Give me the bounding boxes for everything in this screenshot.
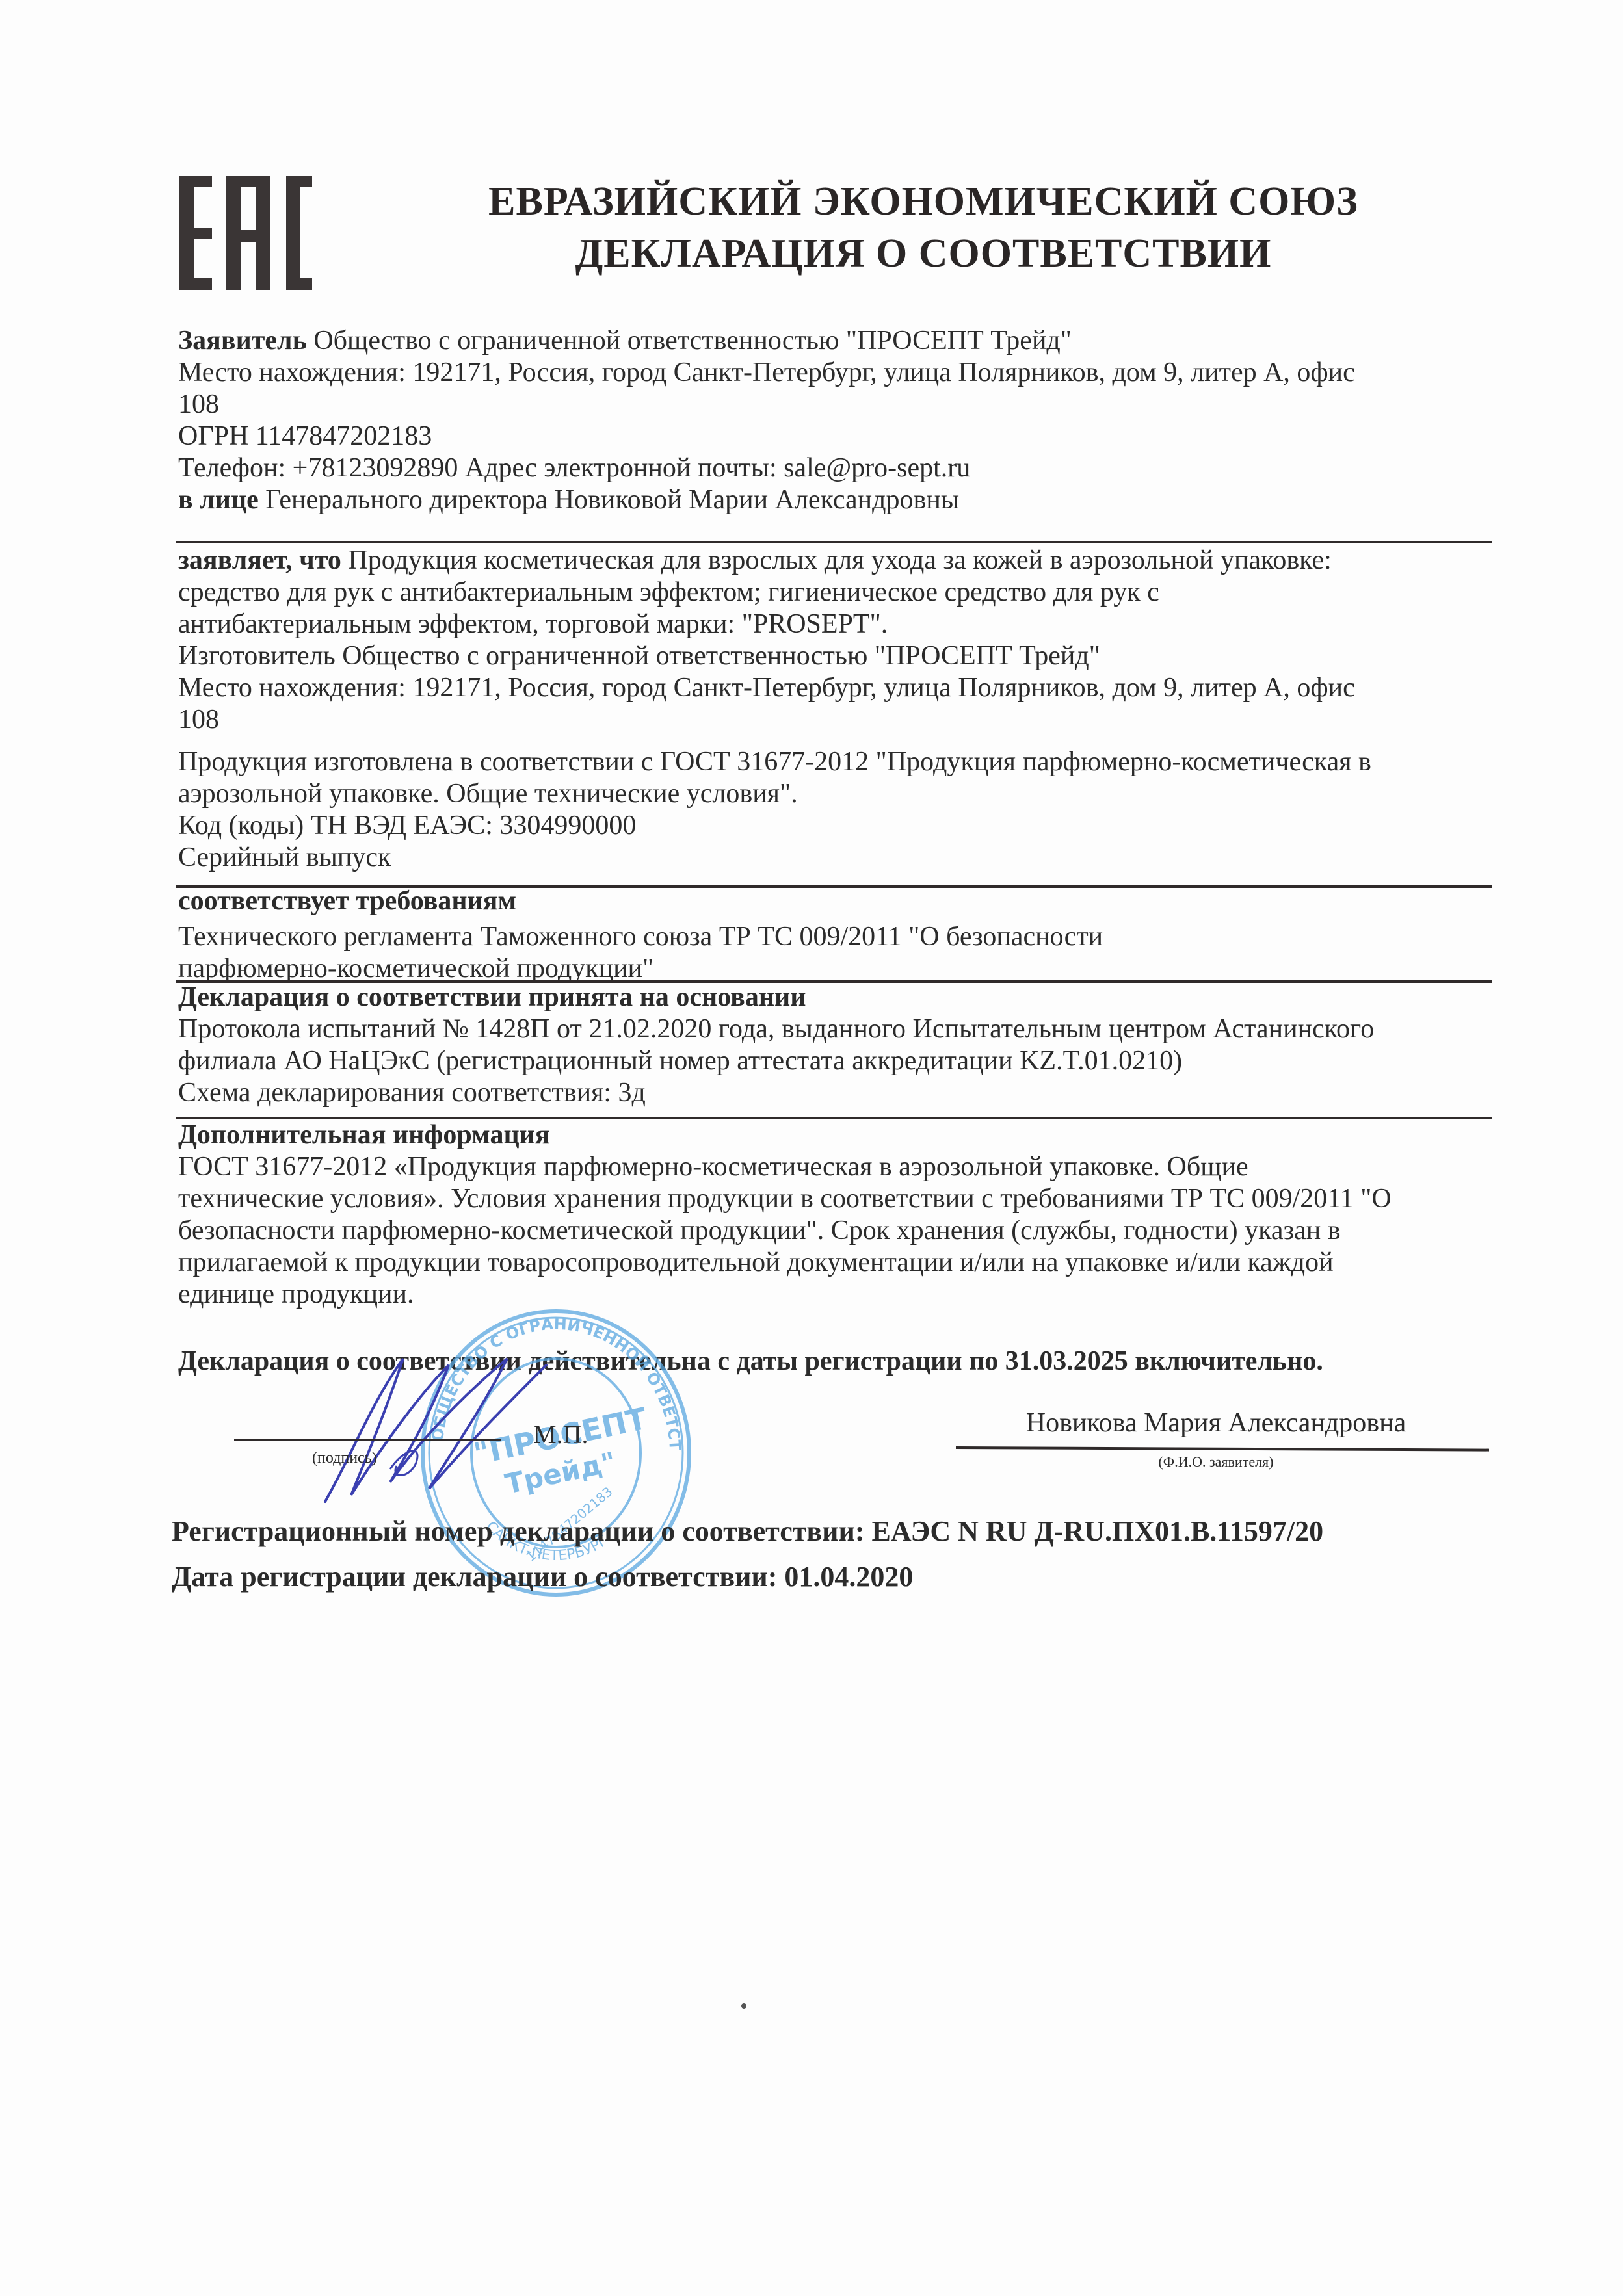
eac-mark-icon — [172, 170, 312, 294]
additional-text: единице продукции. — [178, 1279, 1490, 1311]
declares-label: заявляет, что — [178, 545, 341, 575]
applicant-name: Общество с ограниченной ответственностью… — [307, 326, 1072, 356]
document-title: ЕВРАЗИЙСКИЙ ЭКОНОМИЧЕСКИЙ СОЮЗ ДЕКЛАРАЦИ… — [364, 176, 1483, 280]
signatory-name-caption: (Ф.И.О. заявителя) — [891, 1454, 1541, 1470]
applicant-label: Заявитель — [178, 326, 307, 356]
declaration-page: ЕВРАЗИЙСКИЙ ЭКОНОМИЧЕСКИЙ СОЮЗ ДЕКЛАРАЦИ… — [0, 0, 1623, 2296]
applicant-address-cont: 108 — [178, 389, 1490, 421]
conformity-section: соответствует требованиям Технического р… — [178, 885, 1490, 985]
basis-label: Декларация о соответствии принята на осн… — [178, 982, 1490, 1013]
test-protocol-cont: филиала АО НаЦЭкС (регистрационный номер… — [178, 1045, 1490, 1077]
regulation: Технического регламента Таможенного союз… — [178, 921, 1490, 953]
basis-section: Декларация о соответствии принята на осн… — [178, 982, 1490, 1109]
conforms-label: соответствует требованиям — [178, 885, 1490, 917]
registration-date: Дата регистрации декларации о соответств… — [172, 1560, 913, 1593]
additional-text: прилагаемой к продукции товаросопроводит… — [178, 1247, 1490, 1279]
title-declaration: ДЕКЛАРАЦИЯ О СООТВЕТСТВИИ — [364, 228, 1483, 280]
declares-section: заявляет, что Продукция косметическая дл… — [178, 545, 1490, 874]
signature-line — [234, 1439, 501, 1441]
name-line — [956, 1446, 1489, 1452]
additional-text: безопасности парфюмерно-косметической пр… — [178, 1215, 1490, 1247]
title-union: ЕВРАЗИЙСКИЙ ЭКОНОМИЧЕСКИЙ СОЮЗ — [364, 176, 1483, 228]
product-description: Продукция косметическая для взрослых для… — [341, 545, 1332, 575]
signatory-name: Новикова Мария Александровна — [891, 1407, 1541, 1439]
additional-text: технические условия». Условия хранения п… — [178, 1183, 1490, 1215]
manufacturer: Изготовитель Общество с ограниченной отв… — [178, 640, 1490, 672]
declaration-scheme: Схема декларирования соответствия: 3д — [178, 1077, 1490, 1109]
applicant-contacts: Телефон: +78123092890 Адрес электронной … — [178, 452, 1490, 484]
test-protocol: Протокола испытаний № 1428П от 21.02.202… — [178, 1013, 1490, 1045]
signature-caption: (подпись) — [312, 1450, 377, 1467]
product-standard: Продукция изготовлена в соответствии с Г… — [178, 746, 1490, 778]
hs-code: Код (коды) ТН ВЭД ЕАЭС: 3304990000 — [178, 810, 1490, 842]
applicant-section: Заявитель Общество с ограниченной ответс… — [178, 325, 1490, 516]
scan-speck — [741, 2003, 746, 2009]
product-trademark: антибактериальным эффектом, торговой мар… — [178, 608, 1490, 640]
production-type: Серийный выпуск — [178, 842, 1490, 874]
represented-label: в лице — [178, 485, 259, 515]
registration-number: Регистрационный номер декларации о соотв… — [172, 1515, 1323, 1548]
manufacturer-address-cont: 108 — [178, 704, 1490, 736]
manufacturer-address: Место нахождения: 192171, Россия, город … — [178, 672, 1490, 704]
applicant-address: Место нахождения: 192171, Россия, город … — [178, 357, 1490, 389]
applicant-ogrn: ОГРН 1147847202183 — [178, 421, 1490, 452]
product-description-cont: средство для рук с антибактериальным эфф… — [178, 577, 1490, 608]
divider — [176, 541, 1492, 543]
product-standard-cont: аэрозольной упаковке. Общие технические … — [178, 778, 1490, 810]
seal-placeholder-label: М.П. — [533, 1419, 588, 1450]
additional-info-section: Дополнительная информация ГОСТ 31677-201… — [178, 1119, 1490, 1311]
additional-text: ГОСТ 31677-2012 «Продукция парфюмерно-ко… — [178, 1151, 1490, 1183]
additional-label: Дополнительная информация — [178, 1119, 1490, 1151]
represented-by: Генерального директора Новиковой Марии А… — [259, 485, 959, 515]
